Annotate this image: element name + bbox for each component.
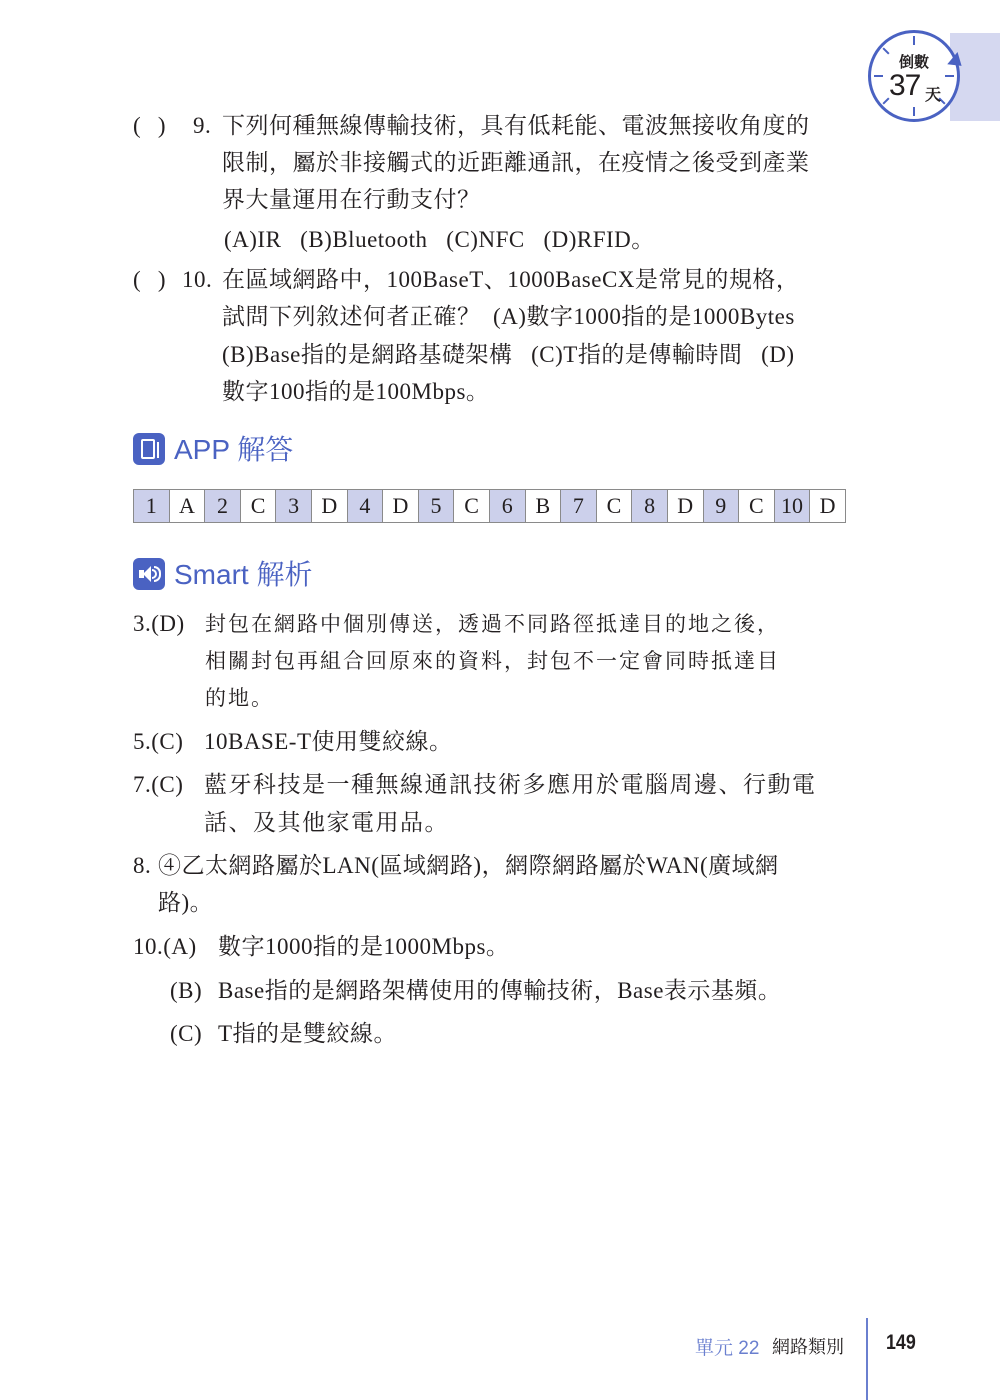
analysis-label: 3.(D) bbox=[133, 609, 185, 639]
grid-question-number: 10 bbox=[775, 490, 811, 523]
grid-answer: D bbox=[383, 490, 419, 523]
question-text-line: 數字100指的是100Mbps。 bbox=[222, 377, 489, 407]
clock-tick bbox=[913, 36, 915, 45]
analysis-text-line: 的地。 bbox=[205, 683, 274, 713]
analysis-text-line: Base指的是網路架構使用的傳輸技術，Base表示基頻。 bbox=[218, 976, 781, 1006]
tablet-icon bbox=[133, 433, 165, 465]
question-text-line: 下列何種無線傳輸技術，具有低耗能、電波無接收角度的 bbox=[222, 111, 810, 141]
grid-answer: D bbox=[810, 490, 846, 523]
question-number: 10. bbox=[182, 265, 212, 295]
grid-question-number: 7 bbox=[561, 490, 597, 523]
question-text-line: 在區域網路中，100BaseT、1000BaseCX是常見的規格， bbox=[222, 265, 799, 295]
grid-answer: C bbox=[739, 490, 775, 523]
analysis-label: 7.(C) bbox=[133, 770, 183, 800]
analysis-text-line: 10BASE-T使用雙絞線。 bbox=[204, 727, 453, 757]
grid-answer: C bbox=[241, 490, 277, 523]
question-number: 9. bbox=[193, 111, 211, 141]
clock-tick bbox=[874, 75, 883, 77]
grid-answer: D bbox=[312, 490, 348, 523]
analysis-label: 5.(C) bbox=[133, 727, 183, 757]
answer-blank[interactable]: ( ) bbox=[133, 111, 166, 141]
grid-question-number: 1 bbox=[134, 490, 170, 523]
analysis-text-line: 封包在網路中個別傳送，透過不同路徑抵達目的地之後， bbox=[205, 609, 780, 639]
analysis-text-line: 路)。 bbox=[158, 888, 213, 918]
grid-question-number: 8 bbox=[632, 490, 668, 523]
analysis-text-line: 相關封包再組合回原來的資料，封包不一定會同時抵達目 bbox=[205, 646, 780, 676]
grid-question-number: 5 bbox=[419, 490, 455, 523]
analysis-text-line: 話、及其他家電用品。 bbox=[204, 808, 449, 838]
analysis-label: (B) bbox=[170, 976, 202, 1006]
question-options: (A)IR (B)Bluetooth (C)NFC (D)RFID。 bbox=[224, 225, 655, 255]
grid-question-number: 4 bbox=[348, 490, 384, 523]
question-text-line: 限制，屬於非接觸式的近距離通訊，在疫情之後受到產業 bbox=[222, 148, 810, 178]
countdown-number: 37 bbox=[889, 69, 920, 103]
section-title-smart-analysis: Smart 解析 bbox=[174, 558, 312, 592]
footer-divider bbox=[866, 1318, 868, 1400]
question-text-line: (B)Base指的是網路基礎架構 (C)T指的是傳輸時間 (D) bbox=[222, 340, 795, 370]
analysis-text-line: ④乙太網路屬於LAN(區域網路)，網際網路屬於WAN(廣域網 bbox=[158, 851, 779, 881]
question-text-line: 界大量運用在行動支付？ bbox=[222, 185, 481, 215]
countdown-badge: 倒數 37 天 bbox=[868, 30, 960, 122]
grid-answer: C bbox=[454, 490, 490, 523]
speaker-icon bbox=[133, 558, 165, 590]
footer-unit-label: 單元 22 bbox=[695, 1333, 759, 1360]
page-number: 149 bbox=[886, 1331, 916, 1355]
countdown-unit: 天 bbox=[925, 82, 941, 105]
section-title-app-answers: APP 解答 bbox=[174, 433, 293, 467]
answer-grid: 1 A 2 C 3 D 4 D 5 C 6 B 7 C 8 D 9 C 10 D bbox=[133, 489, 846, 523]
clock-tick bbox=[913, 107, 915, 116]
grid-answer: C bbox=[597, 490, 633, 523]
clock-tick bbox=[945, 75, 954, 77]
grid-question-number: 6 bbox=[490, 490, 526, 523]
grid-answer: D bbox=[668, 490, 704, 523]
analysis-text-line: 藍牙科技是一種無線通訊技術多應用於電腦周邊、行動電 bbox=[204, 770, 817, 800]
analysis-text-line: T指的是雙絞線。 bbox=[218, 1019, 397, 1049]
analysis-label: 10.(A) bbox=[133, 932, 197, 962]
grid-question-number: 2 bbox=[205, 490, 241, 523]
grid-answer: A bbox=[170, 490, 206, 523]
footer-chapter-title: 網路類別 bbox=[772, 1333, 844, 1359]
analysis-label: 8. bbox=[133, 851, 151, 881]
grid-question-number: 9 bbox=[704, 490, 740, 523]
question-text-line: 試問下列敘述何者正確？ (A)數字1000指的是1000Bytes bbox=[222, 302, 795, 332]
analysis-label: (C) bbox=[170, 1019, 202, 1049]
grid-question-number: 3 bbox=[276, 490, 312, 523]
analysis-text-line: 數字1000指的是1000Mbps。 bbox=[218, 932, 509, 962]
answer-blank[interactable]: ( ) bbox=[133, 265, 166, 295]
grid-answer: B bbox=[526, 490, 562, 523]
